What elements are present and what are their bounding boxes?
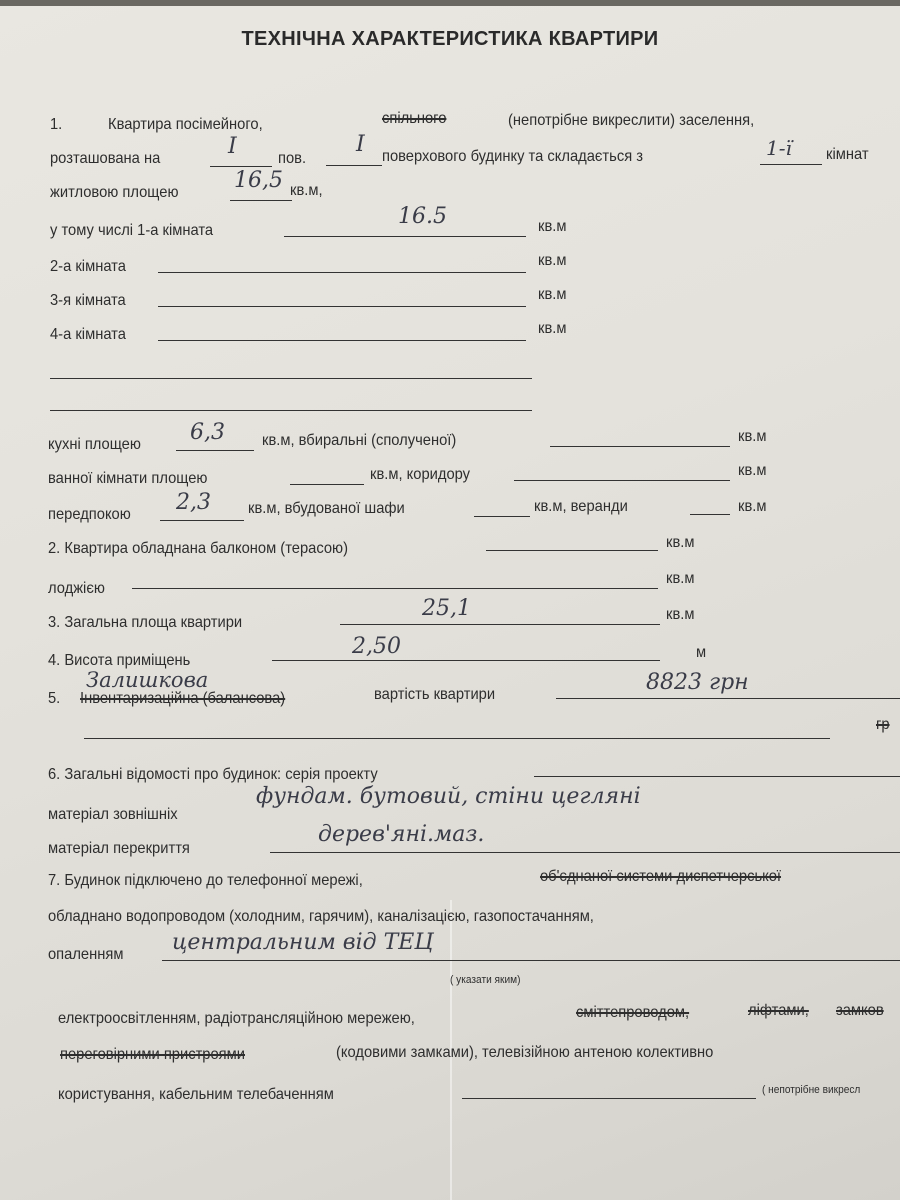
s7-line4-struck2: ліфтами,	[748, 1002, 809, 1020]
wc-unit: кв.м	[738, 428, 766, 446]
room2-line	[158, 272, 526, 273]
kitchen-label: кухні площею	[48, 436, 141, 454]
floors-total-line	[326, 165, 382, 166]
series-line	[534, 776, 900, 777]
height-value: 2,50	[352, 634, 401, 659]
blank-line-1	[50, 378, 532, 379]
walls-value: фундам. бутовий, стіни цеглянi	[256, 784, 641, 809]
height-line	[272, 660, 660, 661]
total-area-label: 3. Загальна площа квартири	[48, 614, 242, 632]
ceiling-line	[270, 852, 900, 853]
kitchen-b: кв.м, вбиральні (сполученої)	[262, 432, 456, 450]
s1-line2-b: пов.	[278, 150, 306, 168]
loggia-label: лоджією	[48, 580, 105, 598]
floor-field-line	[210, 166, 272, 167]
s6-label: 6. Загальні відомості про будинок: серія…	[48, 766, 378, 784]
s5-struck-label: Інвентаризаційна (балансова)	[80, 690, 285, 708]
corridor-line	[514, 480, 730, 481]
room1-value: 16.5	[398, 204, 447, 229]
room4-unit: кв.м	[538, 320, 566, 338]
s7-line6-hint: ( непотрібне викресл	[762, 1084, 860, 1096]
loggia-unit: кв.м	[666, 570, 694, 588]
ceiling-label: матеріал перекриття	[48, 840, 190, 858]
heating-value: центральним від ТЕЦ	[172, 930, 434, 955]
loggia-line	[132, 588, 658, 589]
room3-line	[158, 306, 526, 307]
bath-line	[290, 484, 364, 485]
room1-unit: кв.м	[538, 218, 566, 236]
s1-line2-a: розташована на	[50, 150, 160, 168]
heating-label: опаленням	[48, 946, 123, 964]
walls-label: матеріал зовнішніх	[48, 806, 178, 824]
kitchen-line	[176, 450, 254, 451]
height-unit: м	[696, 644, 706, 662]
s1-number: 1.	[50, 116, 62, 134]
veranda-unit: кв.м	[738, 498, 766, 516]
s7-line6-a: користування, кабельним телебаченням	[58, 1086, 334, 1104]
total-area-value: 25,1	[422, 596, 471, 621]
veranda-line	[690, 514, 730, 515]
room4-label: 4-а кімната	[50, 326, 126, 344]
room4-line	[158, 340, 526, 341]
s5-edge: гр	[876, 716, 890, 734]
s1-line1-a: Квартира посімейного,	[108, 116, 263, 134]
living-area-value: 16,5	[234, 168, 283, 193]
balcony-line	[486, 550, 658, 551]
s1-line1-b: (непотрібне викреслити) заселення,	[508, 112, 754, 130]
room2-unit: кв.м	[538, 252, 566, 270]
s7-line2: обладнано водопроводом (холодним, гарячи…	[48, 908, 594, 926]
hall-label: передпокою	[48, 506, 131, 524]
living-area-line	[230, 200, 292, 201]
floors-total-value: I	[356, 132, 365, 157]
s5-number: 5.	[48, 690, 60, 708]
document-title: ТЕХНІЧНА ХАРАКТЕРИСТИКА КВАРТИРИ	[0, 28, 900, 51]
hall-value: 2,3	[176, 490, 211, 515]
living-area-label: житловою площею	[50, 184, 178, 202]
hall-c: кв.м, веранди	[534, 498, 628, 516]
s5-label: вартість квартири	[374, 686, 495, 704]
room1-label: у тому числі 1-а кімната	[50, 222, 213, 240]
s7-line4-struck1: сміттепроводом,	[576, 1004, 689, 1022]
s7-line4-a: електроосвітленням, радіотрансляційною м…	[58, 1010, 415, 1028]
wardrobe-line	[474, 516, 530, 517]
balcony-unit: кв.м	[666, 534, 694, 552]
hall-b: кв.м, вбудованої шафи	[248, 500, 405, 518]
balcony-label: 2. Квартира обладнана балконом (терасою)	[48, 540, 348, 558]
cable-tv-line	[462, 1098, 756, 1099]
s7-line5-struck: переговірними пристроями	[60, 1046, 245, 1064]
s7-line4-struck3: замков	[836, 1002, 884, 1020]
s1-line2-d: кімнат	[826, 146, 869, 164]
s5-overwrite: Залишкова	[86, 668, 208, 692]
blank-line-2	[50, 410, 532, 411]
heating-line	[162, 960, 900, 961]
s7-line1-a: 7. Будинок підключено до телефонної мере…	[48, 872, 363, 890]
living-area-unit: кв.м,	[290, 182, 323, 200]
floor-value: I	[228, 134, 237, 159]
heating-hint: ( указати яким)	[450, 974, 520, 986]
room3-label: 3-я кімната	[50, 292, 126, 310]
cost-line-2	[84, 738, 830, 739]
total-area-line	[340, 624, 660, 625]
s7-line1-struck: об'єднаної системи диспетчерської	[540, 868, 781, 886]
wc-line	[550, 446, 730, 447]
total-area-unit: кв.м	[666, 606, 694, 624]
bath-label: ванної кімнати площею	[48, 470, 207, 488]
cost-value: 8823 грн	[646, 670, 749, 695]
rooms-line	[760, 164, 822, 165]
cost-line	[556, 698, 900, 699]
room1-line	[284, 236, 526, 237]
ceiling-value: дерев'яні.маз.	[318, 822, 484, 847]
bath-b: кв.м, коридору	[370, 466, 470, 484]
kitchen-value: 6,3	[190, 420, 225, 445]
room2-label: 2-а кімната	[50, 258, 126, 276]
photo-edge	[0, 0, 900, 6]
s7-line5-b: (кодовими замками), телевізійною антеною…	[336, 1044, 713, 1062]
rooms-value: 1-ї	[766, 136, 792, 160]
room3-unit: кв.м	[538, 286, 566, 304]
s1-struck-word: спільного	[382, 110, 446, 128]
hall-line	[160, 520, 244, 521]
corridor-unit: кв.м	[738, 462, 766, 480]
s1-line2-c: поверхового будинку та складається з	[382, 148, 643, 166]
